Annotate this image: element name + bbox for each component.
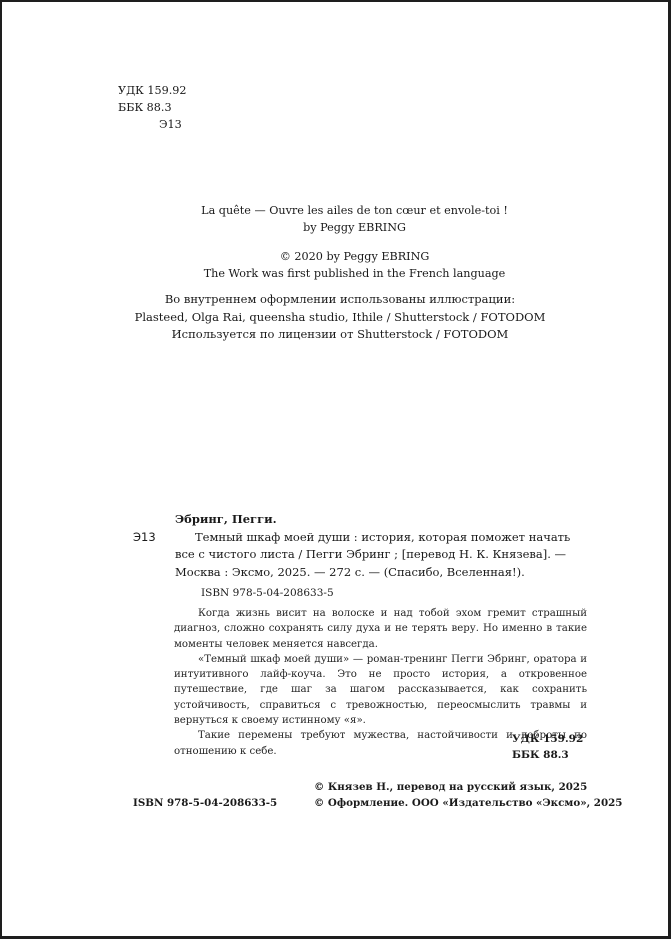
catalog-isbn: ISBN 978-5-04-208633-5	[201, 586, 334, 601]
illustrations-credits: Во внутреннем оформлении использованы ил…	[2, 291, 671, 344]
imprint-page: УДК 159.92 ББК 88.3 Э13 La quête — Ouvre…	[2, 2, 668, 936]
original-author: by Peggy EBRING	[2, 219, 671, 236]
author-mark: Э13	[159, 116, 187, 133]
illustrations-license: Используется по лицензии от Shutterstock…	[2, 326, 671, 344]
udk-code: УДК 159.92	[118, 82, 187, 99]
catalog-author-mark: Э13	[133, 529, 156, 547]
bbk-code: ББК 88.3	[512, 748, 583, 764]
copyright-translation: © Князев Н., перевод на русский язык, 20…	[314, 780, 622, 796]
classification-codes-bottom: УДК 159.92 ББК 88.3	[512, 732, 583, 763]
illustrations-artists: Plasteed, Olga Rai, queensha studio, Ith…	[2, 309, 671, 327]
bbk-code: ББК 88.3	[118, 99, 187, 116]
first-published-note: The Work was first published in the Fren…	[2, 265, 671, 282]
catalog-card: Эбринг, Пегги. Темный шкаф моей души : и…	[175, 511, 595, 581]
annotation-paragraph: Когда жизнь висит на волоске и над тобой…	[174, 606, 587, 652]
illustrations-intro: Во внутреннем оформлении использованы ил…	[2, 291, 671, 309]
original-title: La quête — Ouvre les ailes de ton cœur e…	[2, 202, 671, 219]
catalog-description-line: все с чистого листа / Пегги Эбринг ; [пе…	[175, 546, 595, 564]
catalog-description-line: Темный шкаф моей души : история, которая…	[175, 529, 595, 547]
footer-copyrights: © Князев Н., перевод на русский язык, 20…	[314, 780, 622, 811]
original-copyright: © 2020 by Peggy EBRING	[2, 248, 671, 265]
classification-codes-top: УДК 159.92 ББК 88.3 Э13	[118, 82, 187, 133]
catalog-author: Эбринг, Пегги.	[175, 511, 595, 529]
catalog-description-line: Москва : Эксмо, 2025. — 272 с. — (Спасиб…	[175, 564, 595, 582]
original-edition-block: La quête — Ouvre les ailes de ton cœur e…	[2, 202, 671, 282]
annotation-paragraph: «Темный шкаф моей души» — роман-тренинг …	[174, 652, 587, 728]
copyright-design: © Оформление. ООО «Издательство «Эксмо»,…	[314, 796, 622, 812]
udk-code: УДК 159.92	[512, 732, 583, 748]
footer-isbn: ISBN 978-5-04-208633-5	[133, 796, 277, 812]
